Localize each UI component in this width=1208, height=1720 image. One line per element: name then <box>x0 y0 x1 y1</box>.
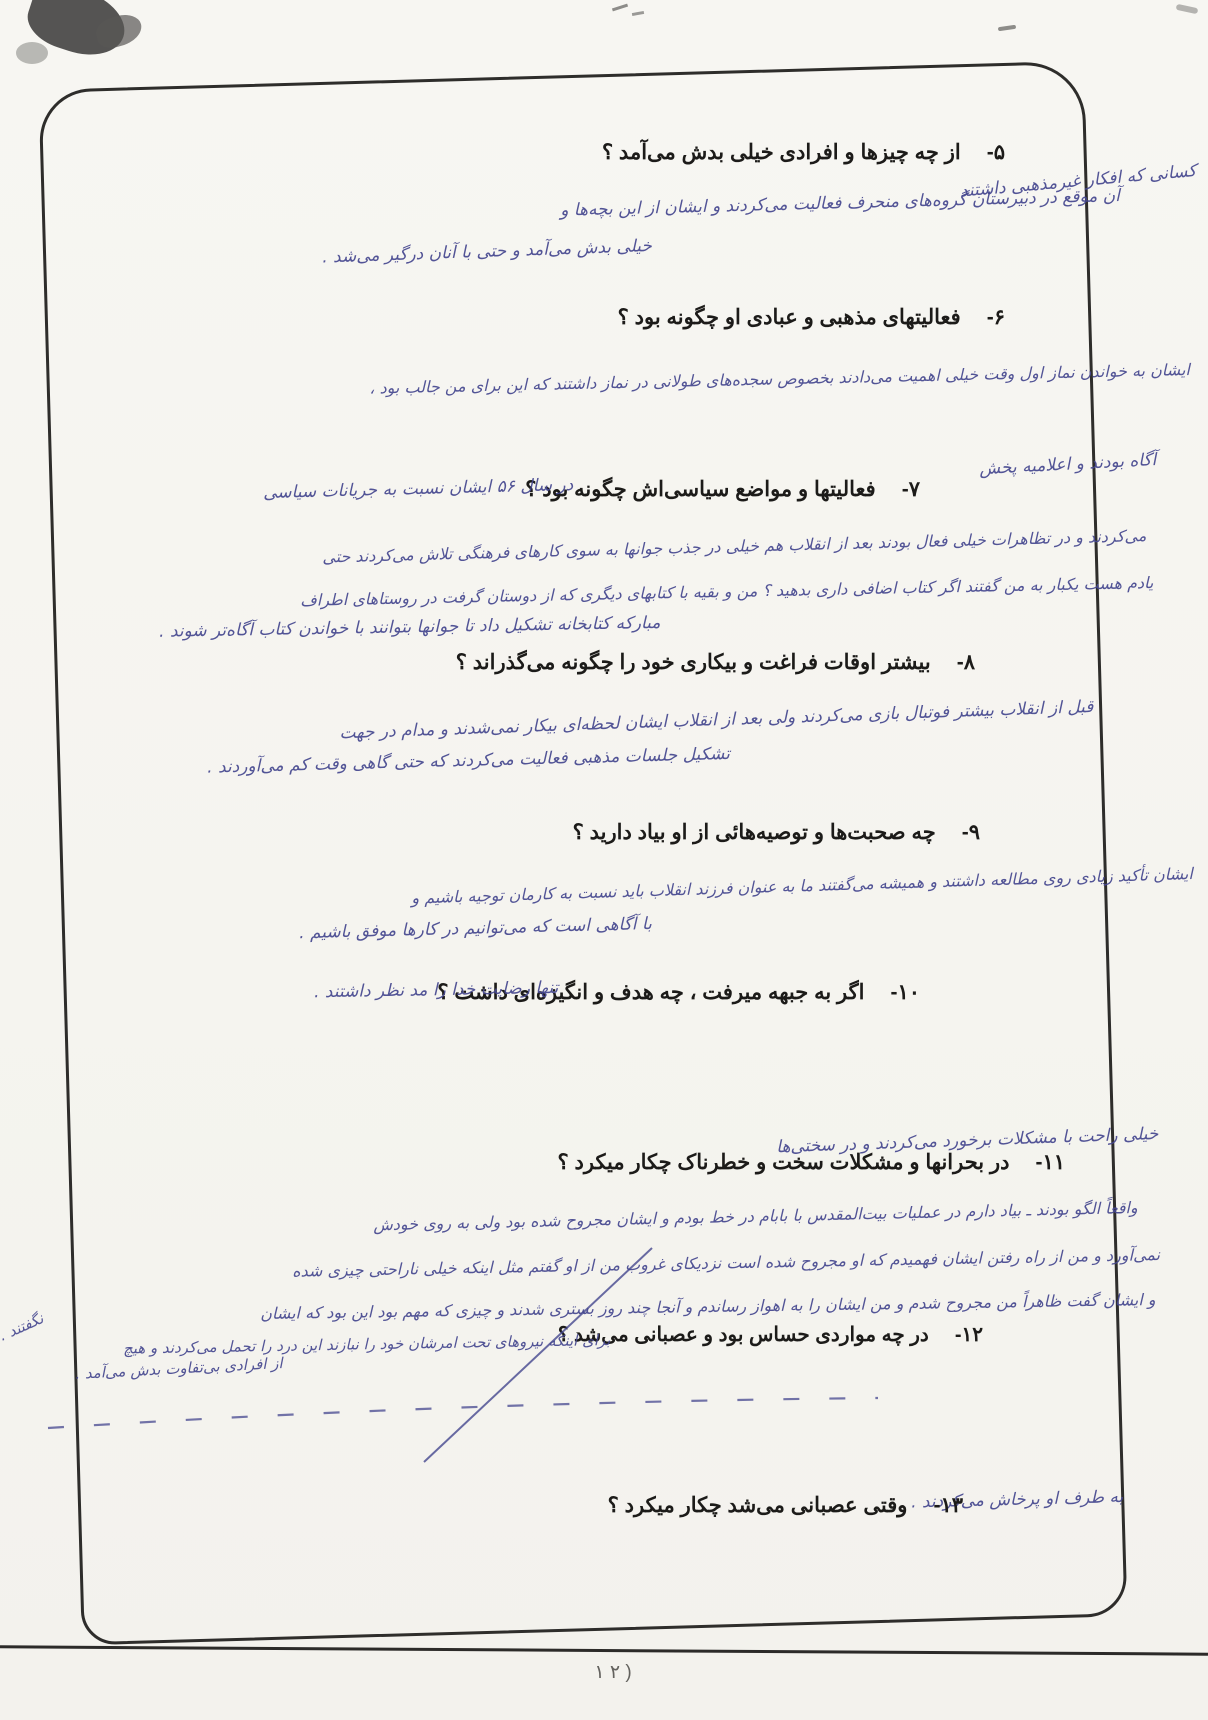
question-12-text: در چه مواردی حساس بود و عصبانی می‌شد ؟ <box>558 1324 929 1346</box>
question-13: ۱۳-وقتی عصبانی می‌شد چکار میکرد ؟ <box>608 1493 963 1518</box>
answer-12-inline: برای اینکه نیروهای تحت امرشان خود را نبا… <box>123 1331 611 1358</box>
question-5: ۵-از چه چیزها و افرادی خیلی بدش می‌آمد ؟ <box>602 140 1005 165</box>
answer-7-tail: آگاه بودند و اعلامیه پخش <box>979 450 1157 479</box>
question-7-number: ۷- <box>902 477 920 502</box>
question-9: ۹-چه صحبت‌ها و توصیه‌هائی از او بیاد دار… <box>573 820 980 845</box>
scan-artifact-mark <box>998 25 1016 31</box>
question-7-text: فعالیتها و مواضع سیاسی‌اش چگونه بود ؟ <box>525 478 875 501</box>
question-13-text: وقتی عصبانی می‌شد چکار میکرد ؟ <box>608 1494 908 1517</box>
answer-6-line: ایشان به خواندن نماز اول وقت خیلی اهمیت … <box>369 360 1190 398</box>
answer-7-line: می‌کردند و در تظاهرات خیلی فعال بودند بع… <box>322 526 1146 567</box>
pen-marks <box>0 0 1208 1720</box>
scan-artifact-blob <box>21 0 133 66</box>
answer-11-line: و ایشان گفت ظاهراً من مجروح شدم و من ایش… <box>260 1290 1156 1323</box>
dashed-line <box>48 1398 878 1428</box>
question-11-text: در بحرانها و مشکلات سخت و خطرناک چکار می… <box>558 1151 1010 1174</box>
scan-artifact-blob <box>93 11 145 51</box>
answer-9-line: با آگاهی است که می‌توانیم در کارها موفق … <box>299 914 652 943</box>
question-12: ۱۲-در چه مواردی حساس بود و عصبانی می‌شد … <box>558 1322 983 1347</box>
question-8-number: ۸- <box>957 650 975 675</box>
scan-artifact-mark <box>632 11 644 16</box>
answer-11-line: واقعاً الگو بودند ـ بیاد دارم در عملیات … <box>373 1198 1138 1234</box>
question-8: ۸-بیشتر اوقات فراغت و بیکاری خود را چگون… <box>456 650 975 675</box>
scanned-page: ۵-از چه چیزها و افرادی خیلی بدش می‌آمد ؟… <box>0 0 1208 1720</box>
question-8-text: بیشتر اوقات فراغت و بیکاری خود را چگونه … <box>456 651 931 674</box>
answer-12-line: از افرادی بی‌تفاوت بدش می‌آمد . <box>75 1354 283 1383</box>
question-9-text: چه صحبت‌ها و توصیه‌هائی از او بیاد دارید… <box>573 821 936 844</box>
question-7: ۷-فعالیتها و مواضع سیاسی‌اش چگونه بود ؟ <box>525 477 920 502</box>
scan-edge-line <box>0 1645 1208 1655</box>
question-9-number: ۹- <box>962 820 980 845</box>
answer-8-line: قبل از انقلاب بیشتر فوتبال بازی می‌کردند… <box>339 697 1094 743</box>
question-5-number: ۵- <box>987 140 1005 165</box>
page-border-frame <box>38 61 1127 1646</box>
question-6-number: ۶- <box>987 305 1005 330</box>
question-11-number: ۱۱- <box>1035 1150 1065 1175</box>
answer-9-line: ایشان تأکید زیادی روی مطالعه داشتند و هم… <box>411 864 1193 908</box>
answer-7-line: مبارکه کتابخانه تشکیل داد تا جوانها بتوا… <box>159 613 661 642</box>
question-5-text: از چه چیزها و افرادی خیلی بدش می‌آمد ؟ <box>602 141 961 164</box>
answer-10-inline: تنها رضایت خدا را مد نظر داشتند . <box>314 978 559 1002</box>
question-6-text: فعالیتهای مذهبی و عبادی او چگونه بود ؟ <box>618 306 961 329</box>
answer-5-line: خیلی بدش می‌آمد و حتی با آنان درگیر می‌ش… <box>322 236 652 267</box>
answer-11-line: نمی‌آورد و من از راه رفتن ایشان فهمیدم ک… <box>292 1245 1160 1281</box>
question-10-number: ۱۰- <box>890 980 920 1005</box>
question-13-number: ۱۳- <box>933 1493 963 1518</box>
question-11: ۱۱-در بحرانها و مشکلات سخت و خطرناک چکار… <box>558 1150 1065 1175</box>
strike-slash <box>424 1248 652 1462</box>
question-6: ۶-فعالیتهای مذهبی و عبادی او چگونه بود ؟ <box>618 305 1005 330</box>
question-12-number: ۱۲- <box>955 1322 983 1347</box>
page-number: ( ۲ ۱ <box>548 1661 678 1684</box>
scan-artifact-mark <box>1176 4 1199 14</box>
answer-7-line: یادم هست یکبار به من گفتند اگر کتاب اضاف… <box>300 573 1154 610</box>
answer-5-line: آن موقع در دبیرستان گروه‌های منحرف فعالی… <box>560 186 1120 221</box>
answer-12-margin-note: نگفتند . <box>0 1309 46 1344</box>
scan-artifact-blob <box>16 42 48 64</box>
scan-artifact-mark <box>612 4 628 12</box>
answer-8-line: تشکیل جلسات مذهبی فعالیت می‌کردند که حتی… <box>207 744 730 778</box>
